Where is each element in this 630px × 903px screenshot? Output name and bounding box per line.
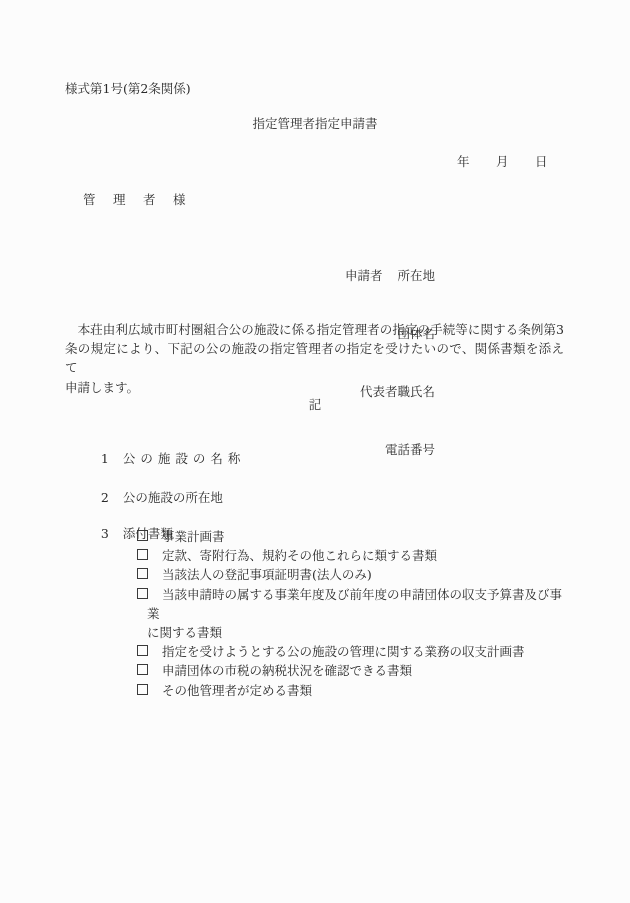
form-number: 様式第1号(第2条関係) [65,79,191,98]
attachment-row: 定款、寄附行為、規約その他これらに類する書類 [147,546,565,565]
attachment-row: 指定を受けようとする公の施設の管理に関する業務の収支計画書 [147,642,565,661]
checkbox-icon[interactable] [137,568,148,579]
attachment-text: 定款、寄附行為、規約その他これらに類する書類 [162,548,437,563]
attachment-row: 当該申請時の属する事業年度及び前年度の申請団体の収支予算書及び事業に関する書類 [147,585,565,643]
attachment-row: 当該法人の登記事項証明書(法人のみ) [147,565,565,584]
document-title: 指定管理者指定申請書 [0,114,630,133]
applicant-line-address: 申請者 所在地 [345,266,435,285]
item-label-facility-location: 公の施設の所在地 [123,490,223,505]
applicant-field-address: 所在地 [397,266,435,285]
attachment-text: 申請団体の市税の納税状況を確認できる書類 [162,663,412,678]
applicant-label: 申請者 [345,266,383,285]
attachment-text: 当該法人の登記事項証明書(法人のみ) [162,567,372,582]
checkbox-icon[interactable] [137,684,148,695]
addressee: 管 理 者 様 [83,190,188,209]
checkbox-icon[interactable] [137,588,148,599]
attachment-list: 事業計画書定款、寄附行為、規約その他これらに類する書類当該法人の登記事項証明書(… [0,527,630,700]
body-line-3: 申請します。 [65,378,564,397]
attachment-text: 当該申請時の属する事業年度及び前年度の申請団体の収支予算書及び事業に関する書類 [147,587,562,640]
body-line-1: 本荘由利広域市町村圏組合公の施設に係る指定管理者の指定の手続等に関する条例第3 [65,320,564,339]
application-form-page: 様式第1号(第2条関係) 指定管理者指定申請書 年 月 日 管 理 者 様 申請… [0,0,630,903]
applicant-field-phone-number: 電話番号 [345,440,435,459]
checkbox-icon[interactable] [137,530,148,541]
attachment-row: 申請団体の市税の納税状況を確認できる書類 [147,661,565,680]
checkbox-icon[interactable] [137,549,148,560]
body-paragraph: 本荘由利広域市町村圏組合公の施設に係る指定管理者の指定の手続等に関する条例第3 … [65,320,564,397]
attachment-row: その他管理者が定める書類 [147,681,565,700]
attachment-text: その他管理者が定める書類 [162,683,312,698]
section-marker-ki: 記 [0,395,630,414]
date-line: 年 月 日 [457,152,548,171]
attachment-text: 事業計画書 [162,529,225,544]
attachment-row: 事業計画書 [147,527,565,546]
item-label-facility-name: 公の施設の名称 [123,451,246,466]
item-number: 1 [101,449,123,468]
body-line-2: 条の規定により、下記の公の施設の指定管理者の指定を受けたいので、関係書類を添えて [65,339,564,377]
checkbox-icon[interactable] [137,664,148,675]
attachment-text: 指定を受けようとする公の施設の管理に関する業務の収支計画書 [162,644,525,659]
checkbox-icon[interactable] [137,645,148,656]
